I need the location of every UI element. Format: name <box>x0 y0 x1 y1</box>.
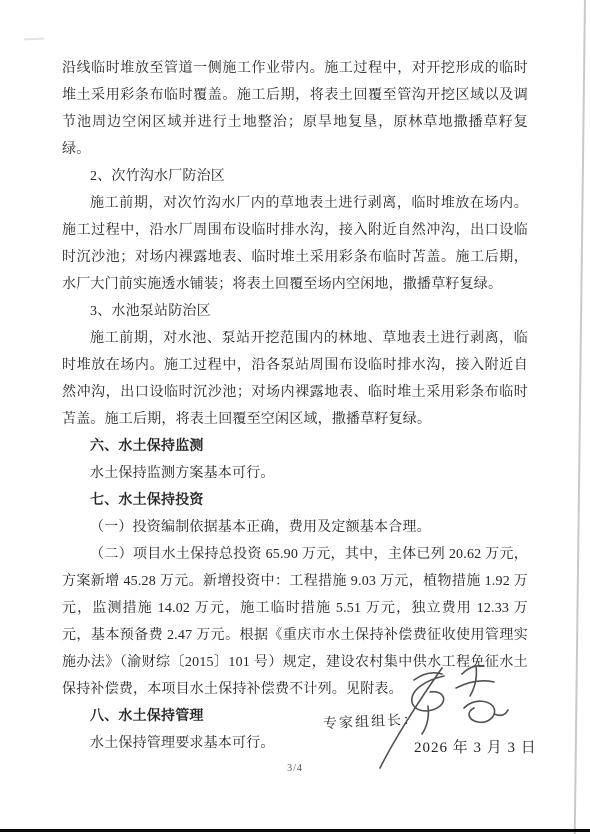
subheading-pool-pumpstation-zone: 3、水池泵站防治区 <box>62 298 528 325</box>
signature-date: 2026 年 3 月 3 日 <box>414 736 537 757</box>
heading-soil-water-investment: 七、水土保持投资 <box>62 487 528 514</box>
heading-soil-water-monitoring: 六、水土保持监测 <box>62 433 528 460</box>
scan-edge-line <box>574 0 586 834</box>
scan-artifact-mark <box>24 38 44 41</box>
paragraph-pipeline-measures: 沿线临时堆放至管道一侧施工作业带内。施工过程中，对开挖形成的临时堆土采用彩条布临… <box>62 55 528 163</box>
scan-bottom-edge <box>0 829 590 832</box>
page-number: 3/4 <box>0 763 590 774</box>
paragraph-pool-pumpstation-measures: 施工前期，对水池、泵站开挖范围内的林地、草地表土进行剥离，临时堆放在场内。施工过… <box>62 325 528 433</box>
scanned-document-page: 沿线临时堆放至管道一侧施工作业带内。施工过程中，对开挖形成的临时堆土采用彩条布临… <box>0 0 590 834</box>
paragraph-investment-basis: （一）投资编制依据基本正确，费用及定额基本合理。 <box>62 514 528 541</box>
paragraph-cizhugou-waterplant-measures: 施工前期，对次竹沟水厂内的草地表土进行剥离，临时堆放在场内。施工过程中，沿水厂周… <box>62 190 528 298</box>
paragraph-monitoring-conclusion: 水土保持监测方案基本可行。 <box>62 460 528 487</box>
subheading-cizhugou-waterplant-zone: 2、次竹沟水厂防治区 <box>62 163 528 190</box>
